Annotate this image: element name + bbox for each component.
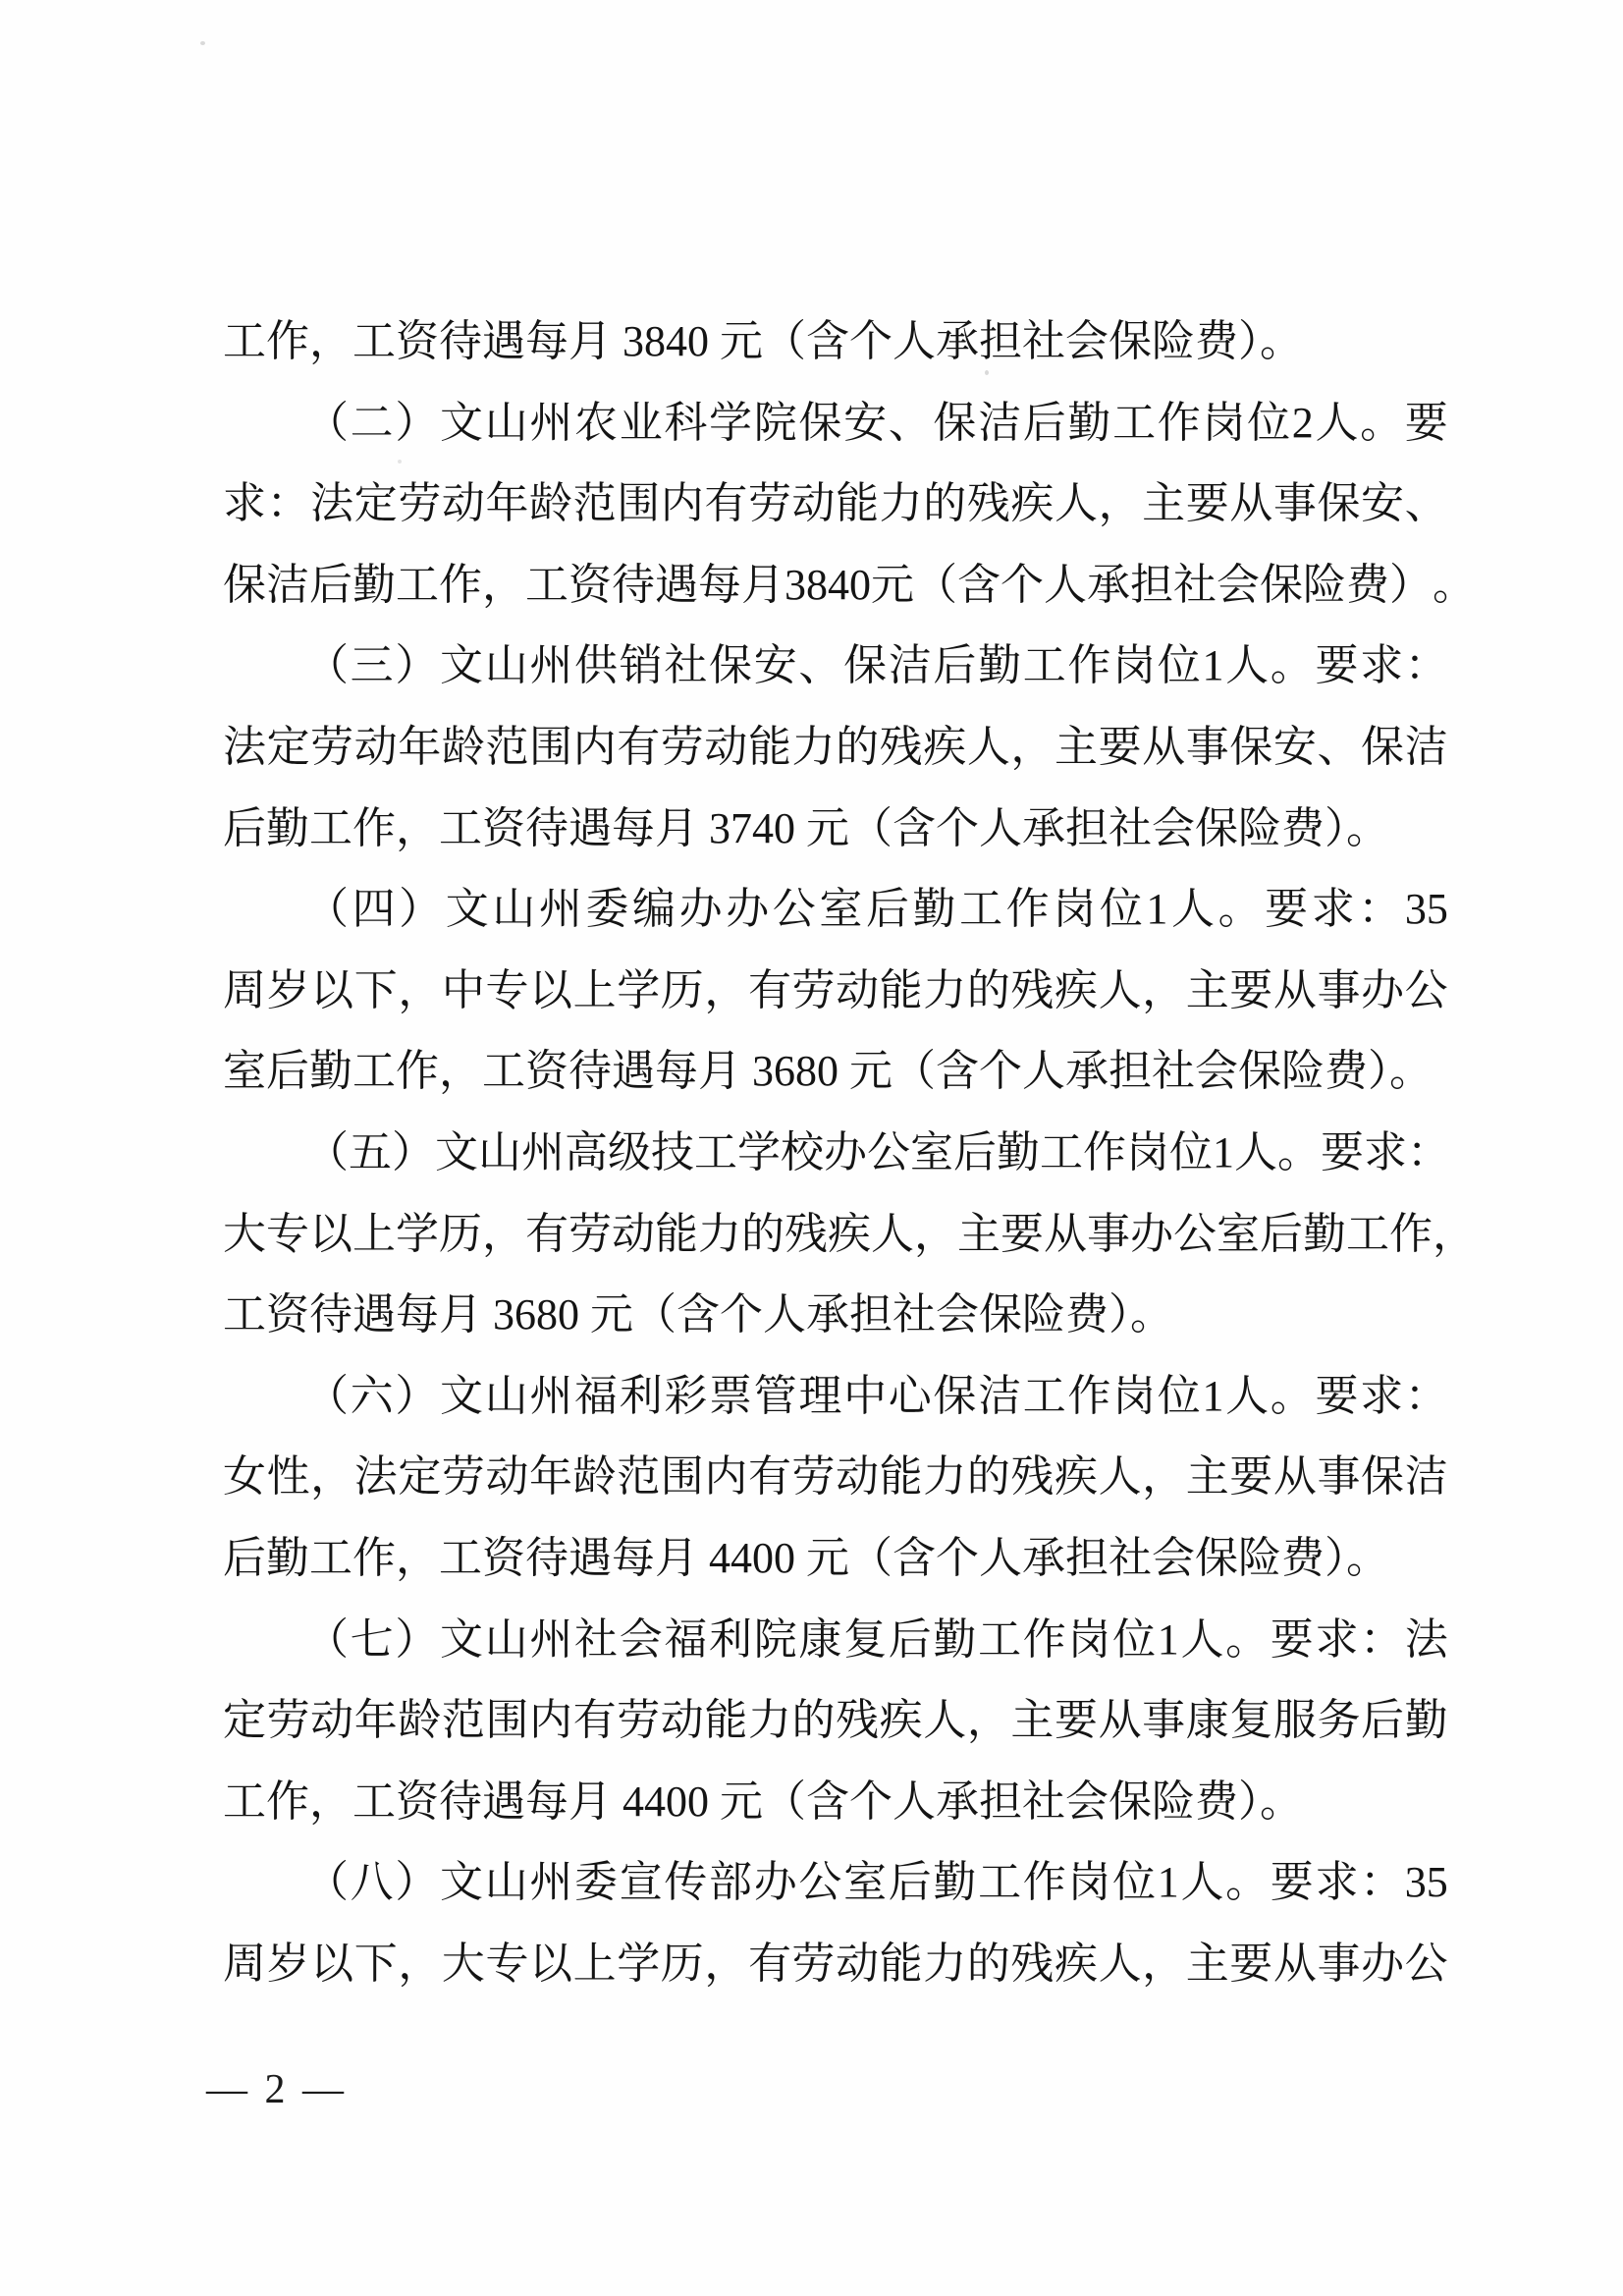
text-line: 保洁后勤工作，工资待遇每月3840元（含个人承担社会保险费）。 [223,545,1448,627]
text-line: 后勤工作，工资待遇每月 3740 元（含个人承担社会保险费）。 [223,789,1448,870]
text-line: 室后勤工作，工资待遇每月 3680 元（含个人承担社会保险费）。 [223,1031,1448,1113]
text-line: （二）文山州农业科学院保安、保洁后勤工作岗位2人。要 [223,383,1448,465]
text-line: 法定劳动年龄范围内有劳动能力的残疾人，主要从事保安、保洁 [223,707,1448,789]
page-number: — 2 — [206,2065,344,2114]
text-line: 工资待遇每月 3680 元（含个人承担社会保险费）。 [223,1275,1448,1356]
text-line: 大专以上学历，有劳动能力的残疾人，主要从事办公室后勤工作， [223,1194,1448,1276]
scan-speck [200,41,205,45]
text-line: （五）文山州高级技工学校办公室后勤工作岗位1人。要求： [223,1113,1448,1194]
text-line: 女性，法定劳动年龄范围内有劳动能力的残疾人，主要从事保洁 [223,1437,1448,1518]
text-line: （八）文山州委宣传部办公室后勤工作岗位1人。要求：35 [223,1842,1448,1924]
text-line: 工作，工资待遇每月 3840 元（含个人承担社会保险费）。 [223,301,1448,383]
text-line: 后勤工作，工资待遇每月 4400 元（含个人承担社会保险费）。 [223,1518,1448,1600]
text-line: 周岁以下，大专以上学历，有劳动能力的残疾人，主要从事办公 [223,1924,1448,2005]
text-line: 求：法定劳动年龄范围内有劳动能力的残疾人，主要从事保安、 [223,464,1448,545]
text-line: 周岁以下，中专以上学历，有劳动能力的残疾人，主要从事办公 [223,951,1448,1032]
document-page: 工作，工资待遇每月 3840 元（含个人承担社会保险费）。（二）文山州农业科学院… [0,0,1623,2296]
text-line: （七）文山州社会福利院康复后勤工作岗位1人。要求：法 [223,1600,1448,1681]
text-block: 工作，工资待遇每月 3840 元（含个人承担社会保险费）。（二）文山州农业科学院… [223,301,1448,2004]
text-line: （六）文山州福利彩票管理中心保洁工作岗位1人。要求： [223,1356,1448,1438]
text-line: （三）文山州供销社保安、保洁后勤工作岗位1人。要求： [223,626,1448,707]
text-line: 定劳动年龄范围内有劳动能力的残疾人，主要从事康复服务后勤 [223,1680,1448,1762]
text-line: （四）文山州委编办办公室后勤工作岗位1人。要求：35 [223,869,1448,951]
text-line: 工作，工资待遇每月 4400 元（含个人承担社会保险费）。 [223,1762,1448,1843]
